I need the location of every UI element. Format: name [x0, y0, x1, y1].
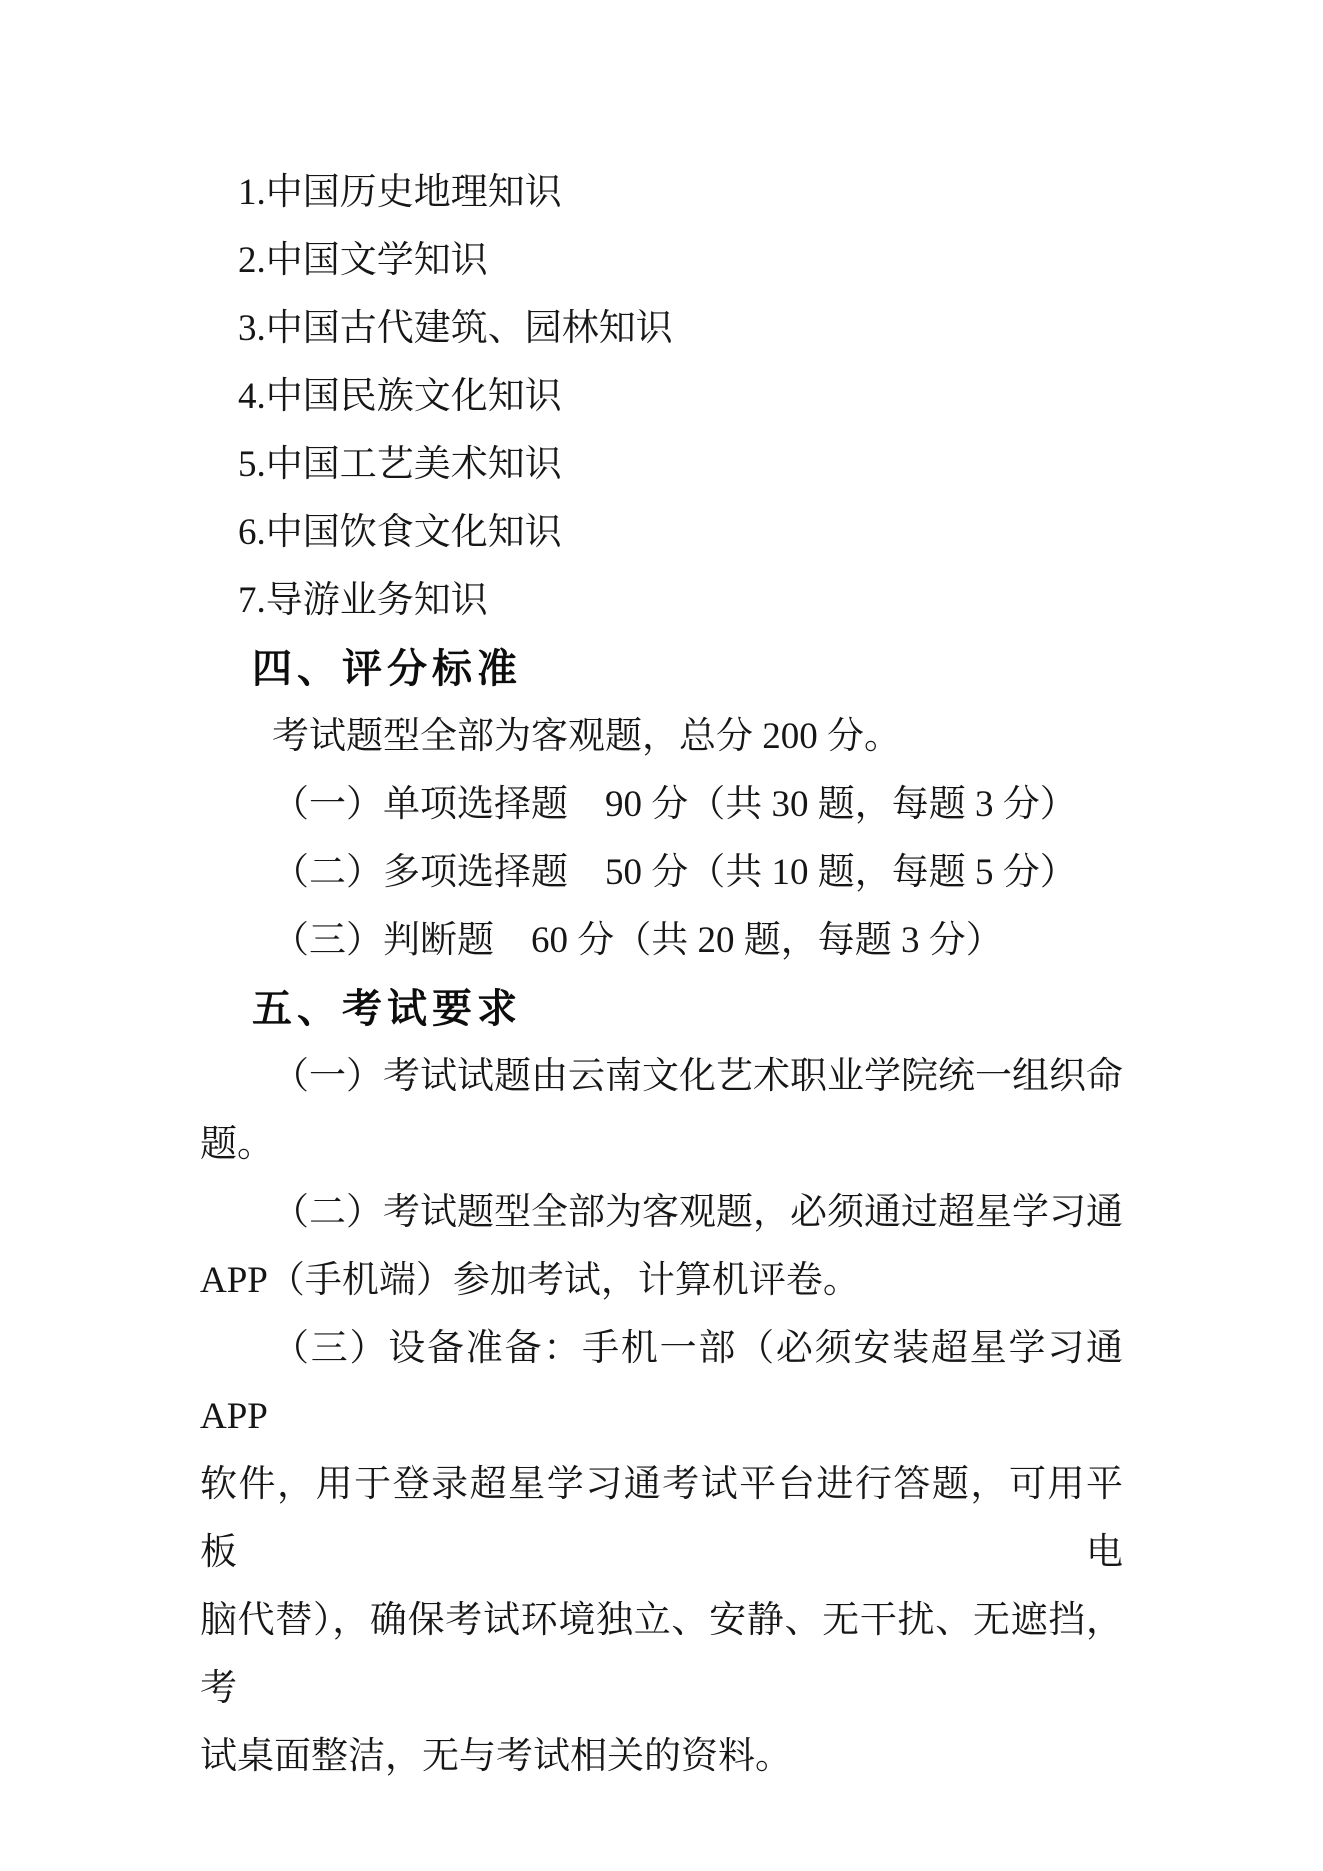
requirement-3-line-3: 脑代替），确保考试环境独立、安静、无干扰、无遮挡，考 — [200, 1587, 1123, 1723]
knowledge-list-item-2: 2.中国文学知识 — [200, 227, 1123, 295]
requirement-3-line-4: 试桌面整洁，无与考试相关的资料。 — [200, 1723, 1123, 1791]
scoring-intro-text: 考试题型全部为客观题，总分 200 分。 — [200, 703, 1123, 771]
requirement-3-line-2: 软件，用于登录超星学习通考试平台进行答题，可用平板电 — [200, 1451, 1123, 1587]
scoring-item-single-choice: （一）单项选择题 90 分（共 30 题，每题 3 分） — [200, 771, 1123, 839]
knowledge-list-item-3: 3.中国古代建筑、园林知识 — [200, 295, 1123, 363]
scoring-item-multi-choice: （二）多项选择题 50 分（共 10 题，每题 5 分） — [200, 839, 1123, 907]
knowledge-list-item-4: 4.中国民族文化知识 — [200, 363, 1123, 431]
section-heading-scoring-criteria: 四、评分标准 — [200, 635, 1123, 703]
requirement-3-line-1: （三）设备准备：手机一部（必须安装超星学习通 APP — [200, 1315, 1123, 1451]
document-page: 1.中国历史地理知识 2.中国文学知识 3.中国古代建筑、园林知识 4.中国民族… — [0, 0, 1323, 1871]
scoring-item-true-false: （三）判断题 60 分（共 20 题，每题 3 分） — [200, 907, 1123, 975]
knowledge-list-item-5: 5.中国工艺美术知识 — [200, 431, 1123, 499]
knowledge-list-item-6: 6.中国饮食文化知识 — [200, 499, 1123, 567]
requirement-2-line-1: （二）考试题型全部为客观题，必须通过超星学习通 — [200, 1179, 1123, 1247]
requirement-2-line-2: APP（手机端）参加考试，计算机评卷。 — [200, 1247, 1123, 1315]
document-body: 1.中国历史地理知识 2.中国文学知识 3.中国古代建筑、园林知识 4.中国民族… — [200, 159, 1123, 1791]
section-heading-exam-requirements: 五、考试要求 — [200, 975, 1123, 1043]
requirement-1-line-2: 题。 — [200, 1111, 1123, 1179]
knowledge-list-item-7: 7.导游业务知识 — [200, 567, 1123, 635]
knowledge-list-item-1: 1.中国历史地理知识 — [200, 159, 1123, 227]
requirement-1-line-1: （一）考试试题由云南文化艺术职业学院统一组织命 — [200, 1043, 1123, 1111]
